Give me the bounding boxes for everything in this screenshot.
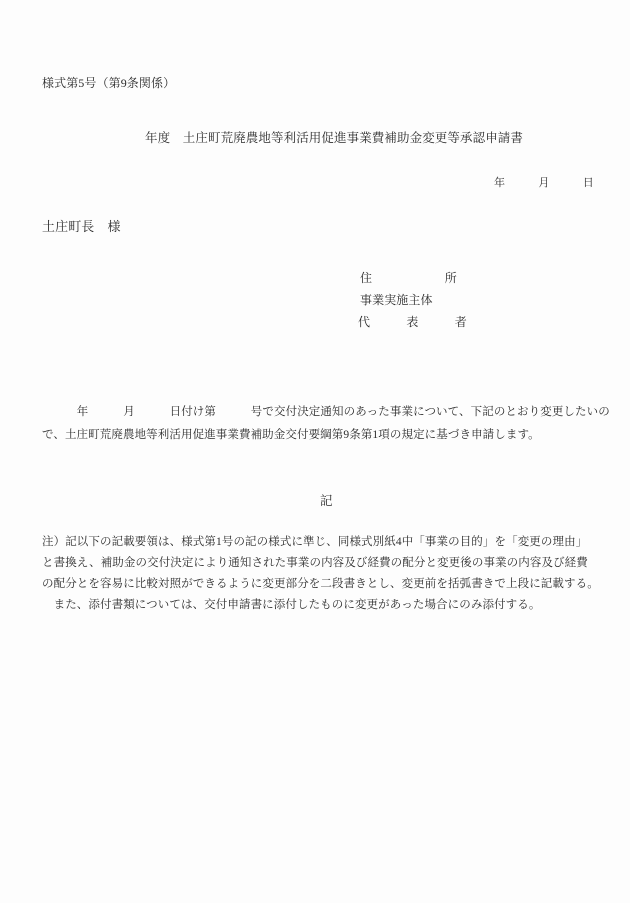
addressee-line: 土庄町長 様 <box>42 219 121 235</box>
form-number: 様式第5号（第9条関係） <box>42 76 175 90</box>
applicant-address-label: 住 所 <box>360 271 457 285</box>
note-line-4: また、添付書類については、交付申請書に添付したものに変更があった場合にのみ添付す… <box>42 599 540 613</box>
body-paragraph-line-1: 年 月 日付け第 号で交付決定通知のあった事業について、下記のとおり変更したいの <box>42 406 610 420</box>
applicant-entity-label: 事業実施主体 <box>360 293 433 307</box>
applicant-representative-label: 代 表 者 <box>358 315 467 329</box>
note-line-1: 注）記以下の記載要領は、様式第1号の記の様式に準じ、同様式別紙4中「事業の目的」… <box>42 536 587 550</box>
section-marker-ki: 記 <box>320 494 333 509</box>
document-title: 年度 土庄町荒廃農地等利活用促進事業費補助金変更等承認申請書 <box>145 131 523 146</box>
document-page: 様式第5号（第9条関係） 年度 土庄町荒廃農地等利活用促進事業費補助金変更等承認… <box>0 0 630 903</box>
date-line: 年 月 日 <box>494 177 594 190</box>
note-line-3: の配分とを容易に比較対照ができるように変更部分を二段書きとし、変更前を括弧書きで… <box>42 578 599 592</box>
body-paragraph-line-2: で、土庄町荒廃農地等利活用促進事業費補助金交付要綱第9条第1項の規定に基づき申請… <box>42 429 540 443</box>
note-line-2: と書換え、補助金の交付決定により通知された事業の内容及び経費の配分と変更後の事業… <box>42 557 588 571</box>
